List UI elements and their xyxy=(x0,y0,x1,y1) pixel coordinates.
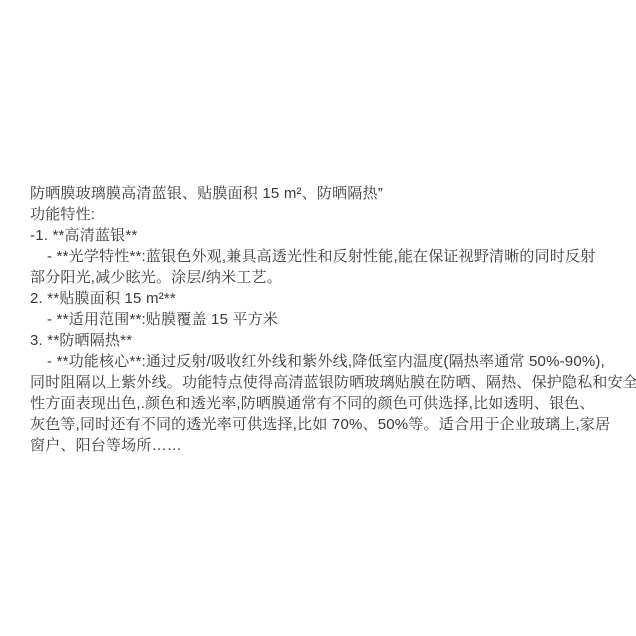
text-line: - **光学特性**:蓝银色外观,兼具高透光性和反射性能,能在保证视野清晰的同时… xyxy=(30,246,610,267)
document-page: 防晒膜玻璃膜高清蓝银、贴膜面积 15 m²、防晒隔热”功能特性:-1. **高清… xyxy=(0,0,636,636)
text-line: 3. **防晒隔热** xyxy=(30,330,610,351)
product-description-text: 防晒膜玻璃膜高清蓝银、贴膜面积 15 m²、防晒隔热”功能特性:-1. **高清… xyxy=(30,183,610,456)
text-line: - **功能核心**:通过反射/吸收红外线和紫外线,降低室内温度(隔热率通常 5… xyxy=(30,351,610,372)
text-line: 灰色等,同时还有不同的透光率可供选择,比如 70%、50%等。适合用于企业玻璃上… xyxy=(30,414,610,435)
text-line: -1. **高清蓝银** xyxy=(30,225,610,246)
text-line: 窗户、阳台等场所…… xyxy=(30,435,610,456)
text-line: - **适用范围**:贴膜覆盖 15 平方米 xyxy=(30,309,610,330)
text-line: 2. **贴膜面积 15 m²** xyxy=(30,288,610,309)
text-line: 功能特性: xyxy=(30,204,610,225)
text-line: 部分阳光,减少眩光。涂层/纳米工艺。 xyxy=(30,267,610,288)
text-line: 同时阻隔以上紫外线。功能特点使得高清蓝银防晒玻璃贴膜在防晒、隔热、保护隐私和安全 xyxy=(30,372,610,393)
text-line: 防晒膜玻璃膜高清蓝银、贴膜面积 15 m²、防晒隔热” xyxy=(30,183,610,204)
text-line: 性方面表现出色,.颜色和透光率,防晒膜通常有不同的颜色可供选择,比如透明、银色、 xyxy=(30,393,610,414)
